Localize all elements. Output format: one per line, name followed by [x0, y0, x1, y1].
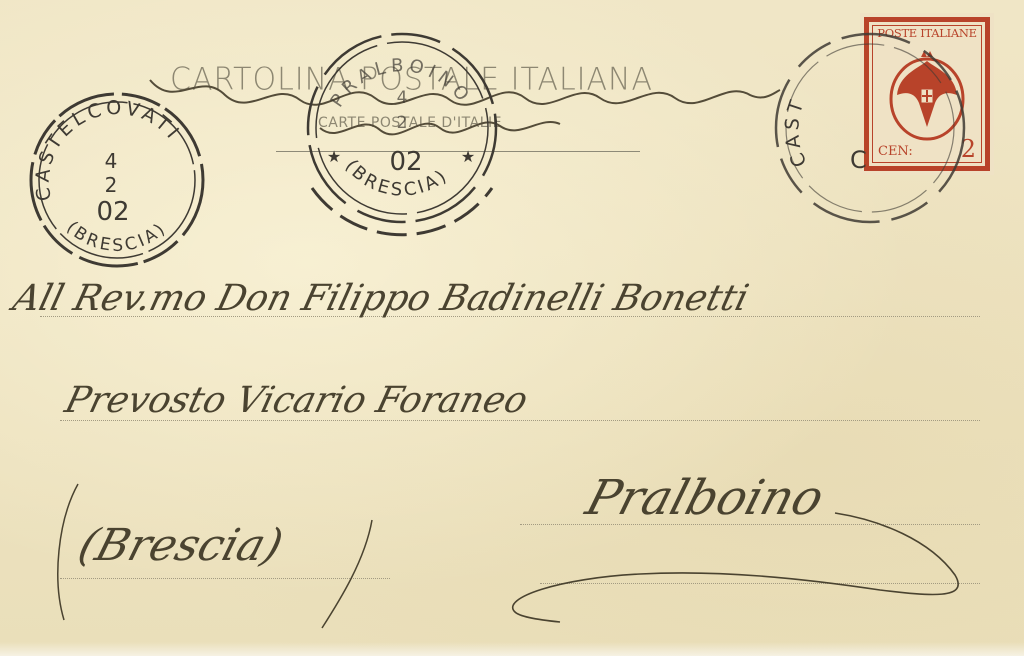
postcard: CARTOLINA POSTALE ITALIANA CARTE POSTALE… — [0, 0, 1024, 656]
postmark-right-letter: C — [850, 146, 867, 174]
postmark-right: CAST C — [0, 0, 1024, 656]
worn-bottom-edge — [0, 642, 1024, 656]
